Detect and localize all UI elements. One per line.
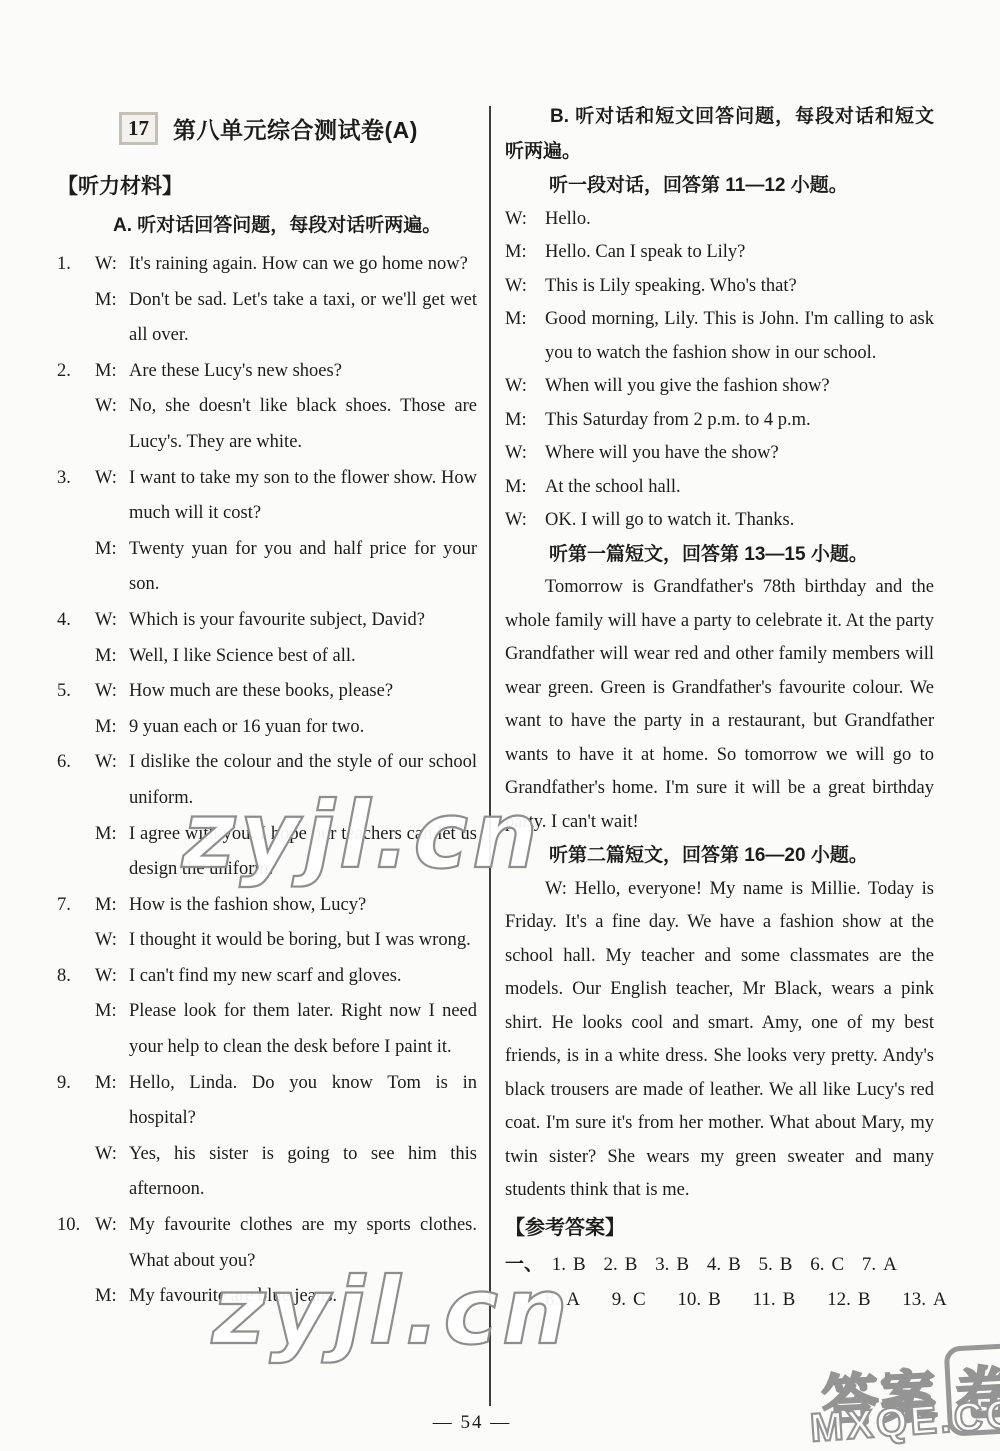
dialogue-line: 4. W: Which is your favourite subject, D… <box>57 603 477 639</box>
answer-choice: B <box>708 1289 721 1310</box>
dialogue-line: M: 9 yuan each or 16 yuan for two. <box>57 710 477 746</box>
speaker-label: W: <box>95 603 129 639</box>
speaker-label: W: <box>95 923 129 959</box>
speaker-label: W: <box>505 437 545 471</box>
dialogue-text: Where will you have the show? <box>545 437 934 471</box>
dialogue-line: M: This Saturday from 2 p.m. to 4 p.m. <box>505 404 934 438</box>
dialogue-text: I want to take my son to the flower show… <box>129 461 477 532</box>
item-number <box>57 994 95 1065</box>
speaker-label: M: <box>95 1279 129 1315</box>
dialogue-text: How much are these books, please? <box>129 674 477 710</box>
dialogue-line: M: My favourite are blue jeans. <box>57 1279 477 1315</box>
answer-choice: C <box>831 1254 844 1275</box>
answers-row-2: 8.A 9.C 10.B 11.B 12.B <box>505 1282 934 1317</box>
answer-item: 13.A <box>902 1282 946 1317</box>
dialogue-line: 6. W: I dislike the colour and the style… <box>57 745 477 816</box>
speaker-label: M: <box>95 532 129 603</box>
speaker-label: W: <box>505 270 545 304</box>
passage2-heading: 听第二篇短文，回答第 16—20 小题。 <box>505 839 934 873</box>
dialogue-line: 2. M: Are these Lucy's new shoes? <box>57 354 477 390</box>
speaker-label: M: <box>95 639 129 675</box>
passage2-text: Hello, everyone! My name is Millie. Toda… <box>505 879 934 1201</box>
dialogue-line: W: Where will you have the show? <box>505 437 934 471</box>
dialogue-text: I dislike the colour and the style of ou… <box>129 745 477 816</box>
speaker-label: W: <box>95 389 129 460</box>
answer-number: 13. <box>902 1289 926 1310</box>
passage1-text: Tomorrow is Grandfather's 78th birthday … <box>505 571 934 839</box>
answer-choice: C <box>633 1289 646 1310</box>
answer-item: 9.C <box>612 1282 646 1317</box>
speaker-label: W: <box>545 879 567 899</box>
item-number <box>57 710 95 746</box>
dialogue-line: W: Hello. <box>505 203 934 237</box>
dialogue-line: M: Good morning, Lily. This is John. I'm… <box>505 303 934 370</box>
dialogue-text: I thought it would be boring, but I was … <box>129 923 477 959</box>
speaker-label: W: <box>505 370 545 404</box>
listening-material-heading: 【听力材料】 <box>57 167 477 207</box>
item-number: 3. <box>57 461 95 532</box>
answer-choice: A <box>883 1254 897 1275</box>
answer-choice: B <box>676 1254 689 1275</box>
item-number: 7. <box>57 888 95 924</box>
answer-item: 5.B <box>759 1247 793 1282</box>
speaker-label: M: <box>95 888 129 924</box>
answer-number: 2. <box>603 1254 617 1275</box>
item-number <box>57 639 95 675</box>
speaker-label: M: <box>505 303 545 370</box>
part-a-dialogue-list: 1. W: It's raining again. How can we go … <box>57 247 477 1315</box>
dialogue-text: At the school hall. <box>545 471 934 505</box>
dialogue-line: W: No, she doesn't like black shoes. Tho… <box>57 389 477 460</box>
answer-item: 10.B <box>677 1282 720 1317</box>
answer-item: 7.A <box>862 1247 897 1282</box>
dialogue-line: M: Twenty yuan for you and half price fo… <box>57 532 477 603</box>
dialogue-text: Yes, his sister is going to see him this… <box>129 1137 477 1208</box>
speaker-label: M: <box>505 236 545 270</box>
answer-number: 9. <box>612 1289 626 1310</box>
dialogue-line: M: Well, I like Science best of all. <box>57 639 477 675</box>
reference-answers-heading: 【参考答案】 <box>505 1210 934 1247</box>
answer-item: 11.B <box>753 1282 796 1317</box>
dialogue-line: W: I thought it would be boring, but I w… <box>57 923 477 959</box>
watermark-logo-text: 答案 <box>820 1352 940 1438</box>
lesson-number-box: 17 <box>119 112 158 145</box>
answers-row2-items: 8.A 9.C 10.B 11.B 12.B <box>545 1289 974 1310</box>
dialogue-line: 10. W: My favourite clothes are my sport… <box>57 1208 477 1279</box>
dialogue-text: Well, I like Science best of all. <box>129 639 477 675</box>
watermark-logo-boxed-char: 卷 <box>944 1343 1000 1437</box>
speaker-label: M: <box>505 471 545 505</box>
item-number <box>57 532 95 603</box>
dialogue-text: My favourite clothes are my sports cloth… <box>129 1208 477 1279</box>
right-column: B. 听对话和短文回答问题，每段对话和短文听两遍。 听一段对话，回答第 11—1… <box>505 100 934 1317</box>
column-divider-line <box>489 106 491 1406</box>
answer-choice: B <box>573 1254 586 1275</box>
item-number: 2. <box>57 354 95 390</box>
speaker-label: W: <box>95 461 129 532</box>
answer-item: 3.B <box>655 1247 689 1282</box>
dialogue-text: No, she doesn't like black shoes. Those … <box>129 389 477 460</box>
speaker-label: M: <box>95 994 129 1065</box>
unit-title: 第八单元综合测试卷(A) <box>173 112 418 145</box>
answer-number: 5. <box>759 1254 773 1275</box>
part-b-intro: B. 听对话和短文回答问题，每段对话和短文听两遍。 <box>505 100 934 169</box>
watermark-answer-circle-logo: 答案卷 <box>820 1343 1000 1443</box>
dialogue-line: 7. M: How is the fashion show, Lucy? <box>57 888 477 924</box>
item-number: 5. <box>57 674 95 710</box>
item-number: 6. <box>57 745 95 816</box>
dialogue-text: Hello, Linda. Do you know Tom is in hosp… <box>129 1066 477 1137</box>
answer-choice: B <box>728 1254 741 1275</box>
speaker-label: W: <box>95 1208 129 1279</box>
item-number: 9. <box>57 1066 95 1137</box>
dialogue-text: Please look for them later. Right now I … <box>129 994 477 1065</box>
dialogue-text: This Saturday from 2 p.m. to 4 p.m. <box>545 404 934 438</box>
left-column: 17 第八单元综合测试卷(A) 【听力材料】 A. 听对话回答问题，每段对话听两… <box>57 112 477 1315</box>
dialogue-text: Don't be sad. Let's take a taxi, or we'l… <box>129 283 477 354</box>
speaker-label: W: <box>95 674 129 710</box>
dialogue-text: It's raining again. How can we go home n… <box>129 247 477 283</box>
unit-title-row: 17 第八单元综合测试卷(A) <box>119 112 477 145</box>
dialogue-text: When will you give the fashion show? <box>545 370 934 404</box>
passage1-heading: 听第一篇短文，回答第 13—15 小题。 <box>505 538 934 572</box>
speaker-label: M: <box>95 354 129 390</box>
answers-section-label: 一、 <box>505 1254 543 1275</box>
dialogue-line: 9. M: Hello, Linda. Do you know Tom is i… <box>57 1066 477 1137</box>
speaker-label: M: <box>95 817 129 888</box>
item-number <box>57 283 95 354</box>
dialogue-text: I can't find my new scarf and gloves. <box>129 959 477 995</box>
dialogue-text: OK. I will go to watch it. Thanks. <box>545 504 934 538</box>
answers-row1-items: 1.B 2.B 3.B 4.B 5.B <box>547 1254 910 1275</box>
dialogue-text: 9 yuan each or 16 yuan for two. <box>129 710 477 746</box>
speaker-label: M: <box>95 710 129 746</box>
answer-choice: A <box>566 1289 580 1310</box>
item-number <box>57 817 95 888</box>
item-number: 10. <box>57 1208 95 1279</box>
item-number <box>57 1137 95 1208</box>
dialogue-text: Hello. <box>545 203 934 237</box>
answer-item: 12.B <box>827 1282 870 1317</box>
page-number: — 54 — <box>377 1412 567 1434</box>
answer-number: 8. <box>545 1289 559 1310</box>
answer-number: 10. <box>677 1289 701 1310</box>
answer-choice: B <box>625 1254 638 1275</box>
item-number: 1. <box>57 247 95 283</box>
speaker-label: M: <box>95 1066 129 1137</box>
dialogue-text: How is the fashion show, Lucy? <box>129 888 477 924</box>
answer-choice: A <box>933 1289 947 1310</box>
dialogue-line: 5. W: How much are these books, please? <box>57 674 477 710</box>
speaker-label: M: <box>95 283 129 354</box>
answer-item: 1.B <box>552 1247 586 1282</box>
dialogue-text: This is Lily speaking. Who's that? <box>545 270 934 304</box>
dialogue-text: Good morning, Lily. This is John. I'm ca… <box>545 303 934 370</box>
dialogue-line: M: Hello. Can I speak to Lily? <box>505 236 934 270</box>
dialogue-line: 1. W: It's raining again. How can we go … <box>57 247 477 283</box>
dialogue-line: W: OK. I will go to watch it. Thanks. <box>505 504 934 538</box>
dialogue-text: I agree with you. I hope our teachers ca… <box>129 817 477 888</box>
answer-number: 6. <box>810 1254 824 1275</box>
dialogue-line: W: This is Lily speaking. Who's that? <box>505 270 934 304</box>
speaker-label: W: <box>505 203 545 237</box>
speaker-label: W: <box>505 504 545 538</box>
item-number <box>57 389 95 460</box>
dialogue-line: M: Don't be sad. Let's take a taxi, or w… <box>57 283 477 354</box>
dialogue-line: M: I agree with you. I hope our teachers… <box>57 817 477 888</box>
item-number <box>57 1279 95 1315</box>
answer-number: 3. <box>655 1254 669 1275</box>
part-a-intro: A. 听对话回答问题，每段对话听两遍。 <box>57 207 477 245</box>
passage2-paragraph: W: Hello, everyone! My name is Millie. T… <box>505 873 934 1208</box>
dialogue-line: M: Please look for them later. Right now… <box>57 994 477 1065</box>
scanned-textbook-page: 17 第八单元综合测试卷(A) 【听力材料】 A. 听对话回答问题，每段对话听两… <box>0 0 1000 1451</box>
speaker-label: M: <box>505 404 545 438</box>
answer-item: 4.B <box>707 1247 741 1282</box>
dialogue-line: 8. W: I can't find my new scarf and glov… <box>57 959 477 995</box>
answer-item: 8.A <box>545 1282 580 1317</box>
speaker-label: W: <box>95 1137 129 1208</box>
answer-item: 2.B <box>603 1247 637 1282</box>
speaker-label: W: <box>95 745 129 816</box>
dialogue-line: 3. W: I want to take my son to the flowe… <box>57 461 477 532</box>
dialogue-text: Are these Lucy's new shoes? <box>129 354 477 390</box>
answer-number: 4. <box>707 1254 721 1275</box>
item-number <box>57 923 95 959</box>
dialogue-line: M: At the school hall. <box>505 471 934 505</box>
speaker-label: W: <box>95 959 129 995</box>
speaker-label: W: <box>95 247 129 283</box>
answer-choice: B <box>783 1289 796 1310</box>
dialogue-text: Twenty yuan for you and half price for y… <box>129 532 477 603</box>
phone-dialogue-list: W: Hello. M: Hello. Can I speak to Lily?… <box>505 203 934 538</box>
answer-number: 12. <box>827 1289 851 1310</box>
answer-choice: B <box>780 1254 793 1275</box>
dialogue-line: W: Yes, his sister is going to see him t… <box>57 1137 477 1208</box>
answer-number: 1. <box>552 1254 566 1275</box>
answers-row-1: 一、 1.B 2.B 3.B 4.B <box>505 1247 934 1282</box>
dialogue-section-heading: 听一段对话，回答第 11—12 小题。 <box>505 169 934 203</box>
answer-choice: B <box>858 1289 871 1310</box>
answer-item: 6.C <box>810 1247 844 1282</box>
dialogue-text: Hello. Can I speak to Lily? <box>545 236 934 270</box>
item-number: 8. <box>57 959 95 995</box>
watermark-mxqe-site: MXQE.COM <box>809 1389 1000 1451</box>
answer-number: 11. <box>753 1289 776 1310</box>
dialogue-text: My favourite are blue jeans. <box>129 1279 477 1315</box>
item-number: 4. <box>57 603 95 639</box>
dialogue-line: W: When will you give the fashion show? <box>505 370 934 404</box>
answer-number: 7. <box>862 1254 876 1275</box>
dialogue-text: Which is your favourite subject, David? <box>129 603 477 639</box>
